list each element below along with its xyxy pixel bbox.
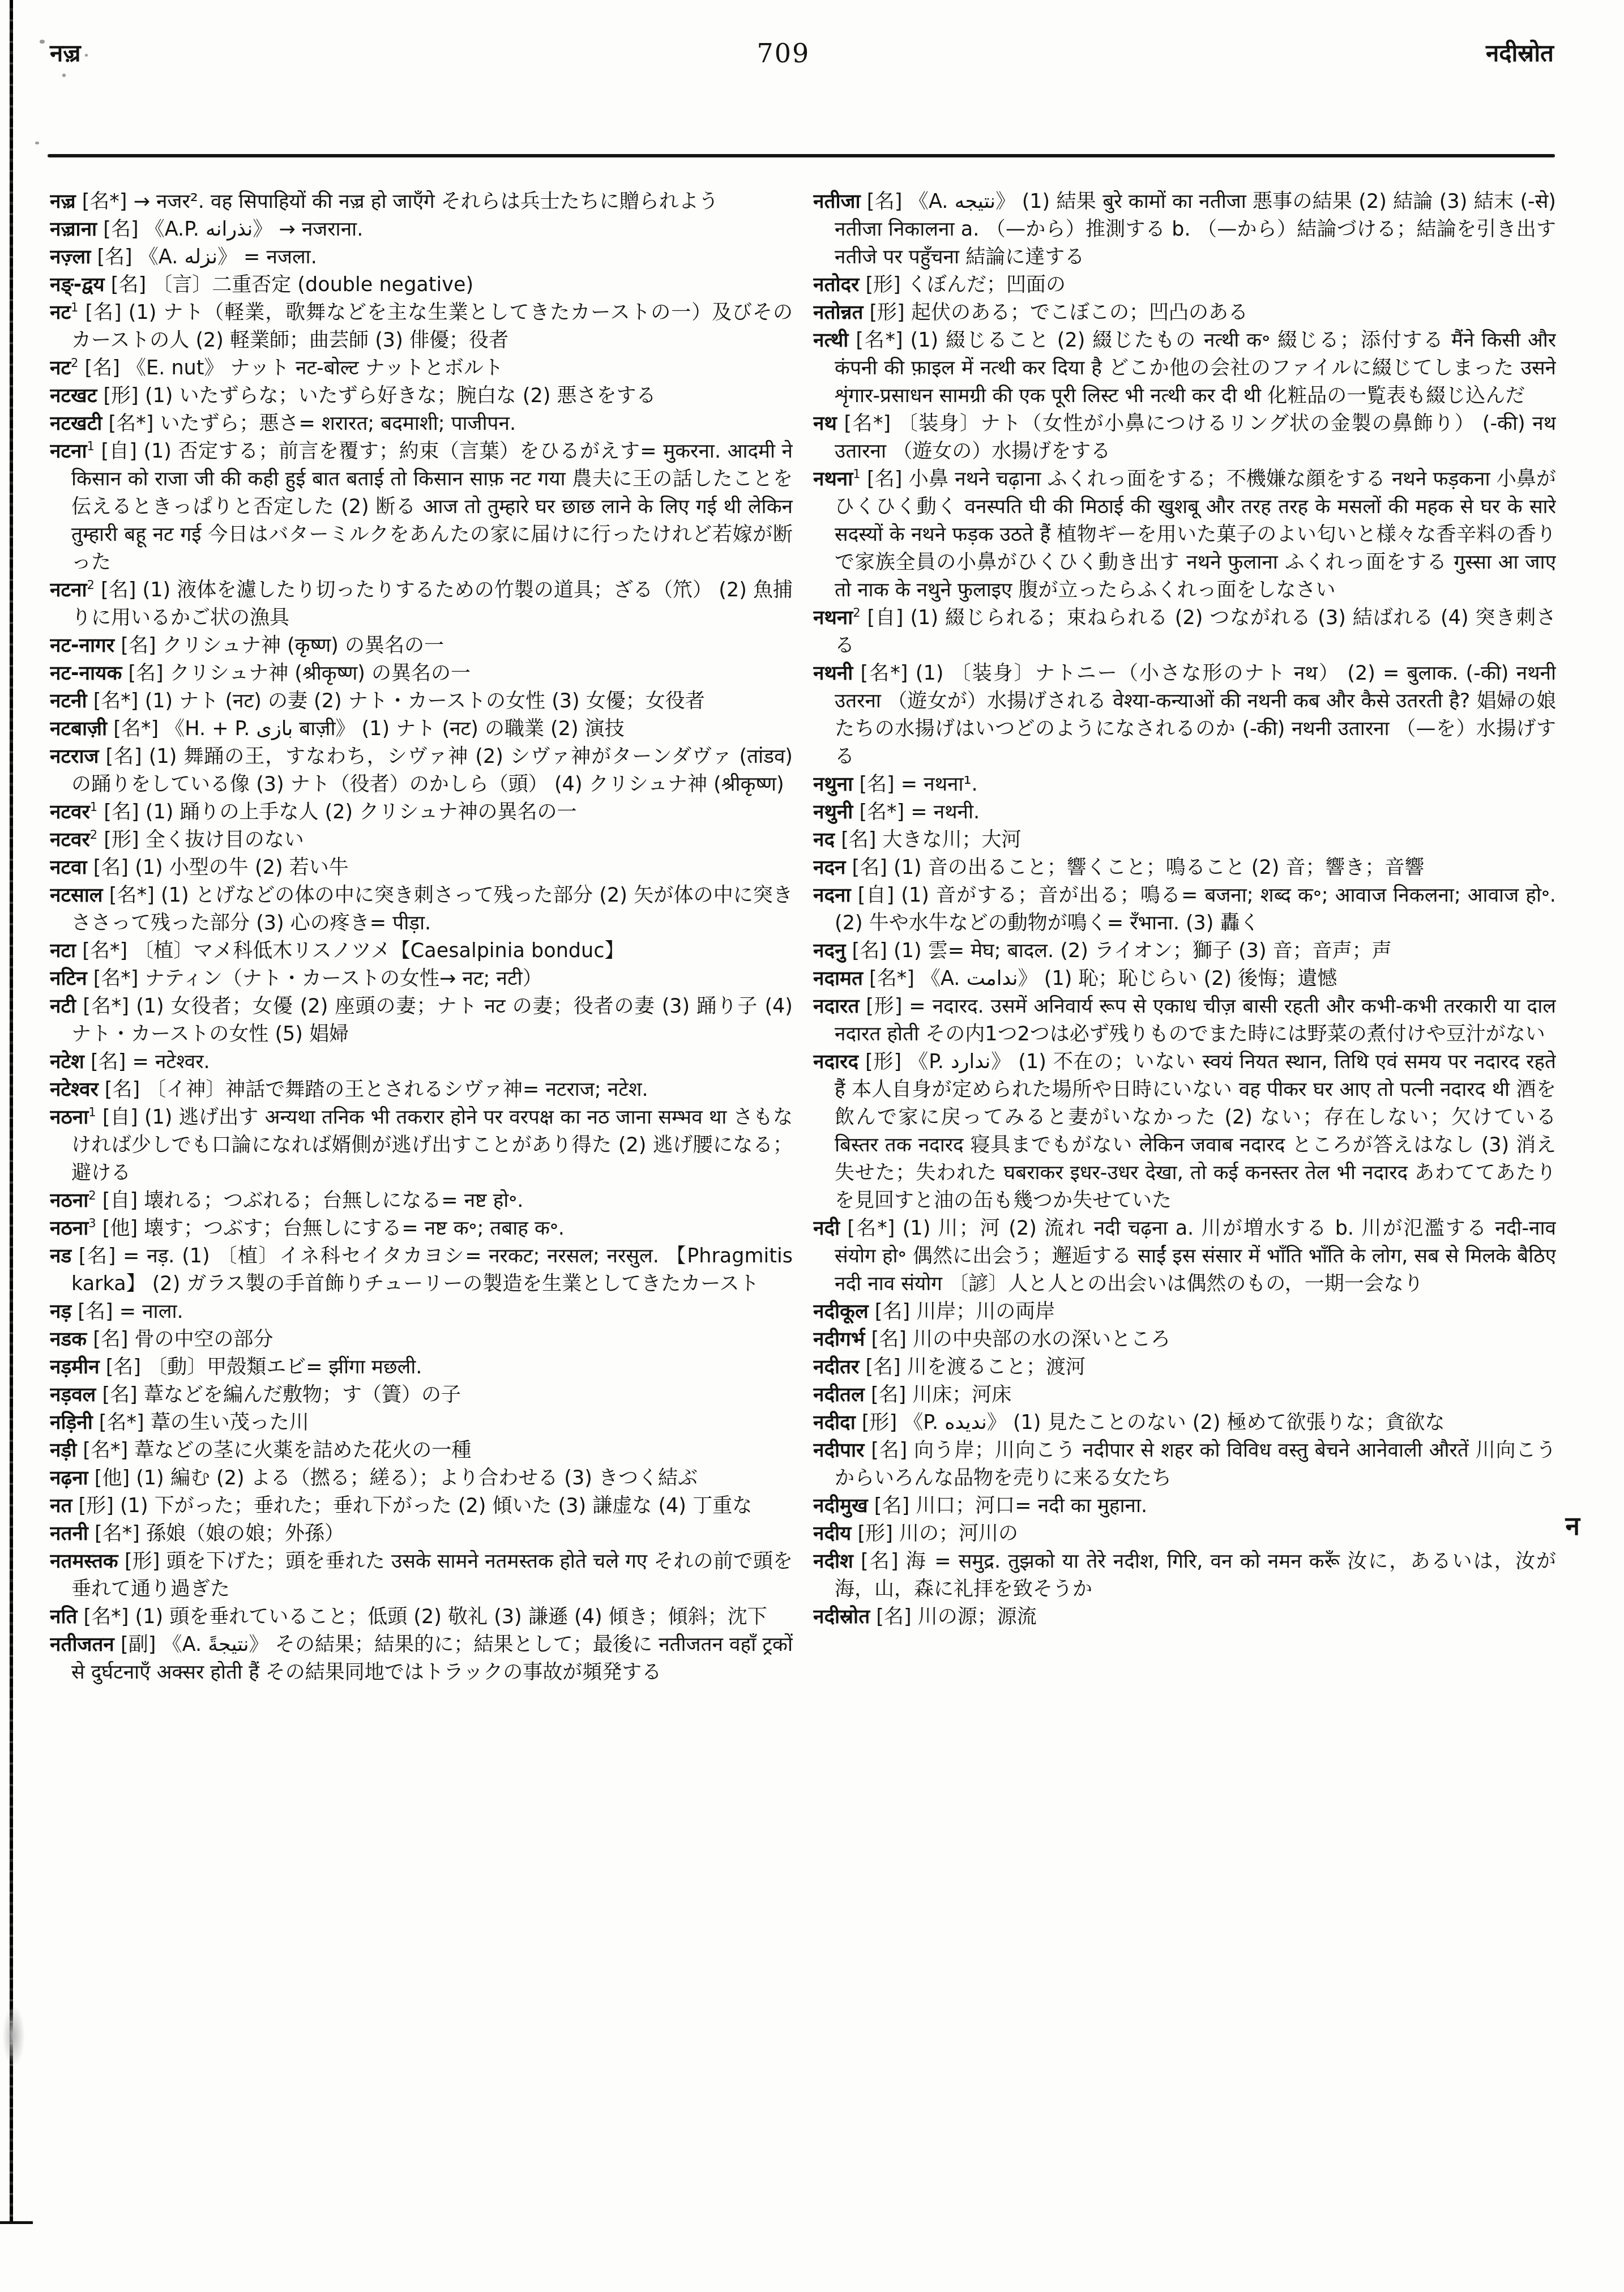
entry-definition: (1) 液体を濾したり切ったりするための竹製の道具；ざる（笊） (2) 魚捕りに…: [71, 579, 793, 629]
part-of-speech-tag: [名*]: [88, 1522, 146, 1545]
dictionary-entry: नटा [名*] 〔植〕マメ科低木リスノツメ【Caesalpinia bondu…: [50, 937, 793, 965]
entry-definition: (1) 舞踊の王，すなわち，シヴァ神 (2) シヴァ神がターンダヴァ (तांड…: [71, 745, 793, 796]
part-of-speech-tag: [名]: [845, 940, 894, 962]
dictionary-entry: नदारत [形] = नदारद. उसमें अनिवार्य रूप से…: [813, 993, 1556, 1048]
dictionary-entry: नदन [名] (1) 音の出ること；響くこと；鳴ること (2) 音；響き；音響: [813, 854, 1556, 882]
headword: नटनी: [50, 690, 87, 712]
headword: नदीकूल: [813, 1300, 869, 1323]
headword: नदीश: [813, 1550, 853, 1573]
entry-definition: クリシュナ神 (कृष्ण) の異名の一: [163, 634, 444, 657]
dictionary-entry: नत [形] (1) 下がった；垂れた；垂れ下がった (2) 傾いた (3) 謙…: [50, 1492, 793, 1520]
dictionary-entry: नटखट [形] (1) いたずらな；いたずら好きな；腕白な (2) 悪さをする: [50, 382, 793, 410]
entry-definition: 川の；河川の: [899, 1522, 1018, 1545]
part-of-speech-tag: [形]: [858, 1051, 908, 1073]
headword-homonym-number: 3: [88, 1217, 96, 1230]
dictionary-entry: नदनु [名] (1) 雲= मेघ; बादल. (2) ライオン；獅子 (…: [813, 937, 1556, 965]
entry-definition: 川の源；源流: [918, 1606, 1037, 1628]
dictionary-entry: नड़मीन [名] 〔動〕甲殻類エビ= झींगा मछली.: [50, 1354, 793, 1381]
part-of-speech-tag: [名]: [71, 1245, 123, 1267]
etymology: 《A.P. نذرانه》: [145, 218, 279, 241]
headword: नथुनी: [813, 801, 853, 823]
entry-definition: (1) ナト（軽業，歌舞などを主な生業としてきたカーストの一）及びそのカーストの…: [71, 301, 793, 352]
headword: नटवर: [50, 829, 90, 851]
part-of-speech-tag: [他]: [88, 1467, 136, 1489]
part-of-speech-tag: [自]: [95, 440, 143, 463]
headword: नड: [50, 1245, 71, 1267]
dictionary-entry: नतोदर [形] くぼんだ；凹面の: [813, 271, 1556, 299]
entry-definition: (1) 恥；恥じらい (2) 後悔；遺憾: [1044, 967, 1337, 990]
headword: नज़्राना: [50, 218, 97, 241]
entry-definition: くぼんだ；凹面の: [907, 274, 1066, 296]
etymology: 《P. نديده》: [903, 1411, 1013, 1434]
entry-definition: 〔言〕二重否定 (double negative): [152, 274, 473, 296]
entry-definition: 大きな川；大河: [883, 829, 1022, 851]
entry-definition: 葦の生い茂った川: [151, 1411, 309, 1434]
headword: नति: [50, 1606, 77, 1628]
dictionary-entry: नटेश्वर [名] 〔イ神〕神話で舞踏の王とされるシヴァ神= नटराज; …: [50, 1076, 793, 1104]
dictionary-entry: नटना2 [名] (1) 液体を濾したり切ったりするための竹製の道具；ざる（笊…: [50, 577, 793, 632]
dictionary-entry: नतमस्तक [形] 頭を下げた；頭を垂れた उसके सामने नतमस्…: [50, 1548, 793, 1603]
part-of-speech-tag: [名*]: [76, 995, 136, 1018]
headword-homonym-number: 1: [87, 439, 95, 453]
headword: नदीतर: [813, 1356, 859, 1378]
entry-definition: 川を渡ること；渡河: [907, 1356, 1085, 1378]
part-of-speech-tag: [名*]: [853, 662, 915, 685]
entry-definition: 川の中央部の水の深いところ: [913, 1328, 1170, 1351]
scan-smudge: [2, 2005, 25, 2067]
etymology: 《A. نتيجةً》: [163, 1633, 275, 1656]
headword: नटसाल: [50, 884, 103, 907]
headword: नदीस्रोत: [813, 1606, 870, 1628]
entry-definition: (1) 〔装身〕ナトニー（小さな形のナト नथ） (2) = बुलाक. (-…: [835, 662, 1556, 768]
part-of-speech-tag: [形]: [97, 385, 145, 407]
entry-definition: 骨の中空の部分: [135, 1328, 273, 1351]
part-of-speech-tag: [名]: [99, 745, 148, 768]
headword: नदीदा: [813, 1411, 856, 1434]
etymology: 《P. ندارد》: [908, 1051, 1018, 1073]
headword: नदनु: [813, 940, 845, 962]
part-of-speech-tag: [名*]: [102, 412, 160, 435]
headword: नदीपार: [813, 1439, 864, 1462]
part-of-speech-tag: [名]: [100, 1356, 148, 1378]
part-of-speech-tag: [名]: [91, 246, 139, 268]
headword: नदीय: [813, 1522, 851, 1545]
headword: नड़मीन: [50, 1356, 100, 1378]
headword-homonym-number: 2: [90, 828, 97, 842]
dictionary-entry: नठना1 [自] (1) 逃げ出す अन्यथा तनिक भी तकरार …: [50, 1104, 793, 1187]
part-of-speech-tag: [名*]: [840, 1217, 903, 1240]
headword: नटबाज़ी: [50, 718, 107, 740]
headword: नढ़ना: [50, 1467, 88, 1489]
part-of-speech-tag: [名*]: [863, 967, 921, 990]
dictionary-entry: नढ़ना [他] (1) 編む (2) よる（撚る；縒る）；より合わせる (3…: [50, 1465, 793, 1492]
entry-definition: 〔動〕甲殻類エビ= झींगा मछली.: [147, 1356, 422, 1378]
part-of-speech-tag: [名*]: [87, 690, 145, 712]
dictionary-entry: नड़ [名] = नाला.: [50, 1298, 793, 1326]
headword: नज़्ला: [50, 246, 91, 268]
entry-definition: = नाला.: [119, 1300, 183, 1323]
part-of-speech-tag: [名]: [864, 1439, 914, 1462]
part-of-speech-tag: [副]: [114, 1633, 163, 1656]
dictionary-entry: नटवा [名] (1) 小型の牛 (2) 若い牛: [50, 854, 793, 882]
headword: नदारत: [813, 995, 859, 1018]
header-rule: [48, 154, 1555, 157]
entry-definition: → नजराना.: [279, 218, 363, 241]
part-of-speech-tag: [名*]: [853, 801, 911, 823]
dictionary-entry: नज़्राना [名] 《A.P. نذرانه》 → नजराना.: [50, 216, 793, 244]
dictionary-entry: नड़िनी [名*] 葦の生い茂った川: [50, 1409, 793, 1437]
dictionary-entry: नतीजा [名] 《A. نتيجه》 (1) 結果 बुरे कामों क…: [813, 188, 1556, 271]
entry-definition: = नटेश्वर.: [132, 1051, 210, 1073]
scan-noise: [35, 142, 39, 144]
headword-homonym-number: 2: [71, 356, 78, 370]
part-of-speech-tag: [形]: [856, 1411, 904, 1434]
dictionary-entry: नठना2 [自] 壊れる；つぶれる；台無しになる= नष्ट हो॰.: [50, 1187, 793, 1215]
dictionary-entry: नज़्ला [名] 《A. نزله》 = नजला.: [50, 244, 793, 271]
dictionary-entry: नदीपार [名] 向う岸；川向こう नदीपार से शहर को विव…: [813, 1437, 1556, 1492]
headword: नड़िनी: [50, 1411, 93, 1434]
entry-definition: (1) 見たことのない (2) 極めて欲張りな；貪欲な: [1013, 1411, 1445, 1434]
dictionary-entry: नदीय [形] 川の；河川の: [813, 1520, 1556, 1548]
dictionary-entry: नदामत [名*] 《A. ندامت》 (1) 恥；恥じらい (2) 後悔；…: [813, 965, 1556, 993]
headword: नट: [50, 301, 71, 324]
headword: नतीजा: [813, 190, 860, 213]
part-of-speech-tag: [形]: [859, 995, 909, 1018]
headword: नटवा: [50, 856, 87, 879]
dictionary-entry: नट1 [名] (1) ナト（軽業，歌舞などを主な生業としてきたカーストの一）及…: [50, 299, 793, 355]
part-of-speech-tag: [名]: [869, 1300, 917, 1323]
dictionary-entry: नदीमुख [名] 川口；河口= नदी का मुहाना.: [813, 1492, 1556, 1520]
etymology: 《A. نزله》: [139, 246, 243, 268]
headword: नड़ी: [50, 1439, 76, 1462]
headword: नट: [50, 357, 71, 379]
headword: नटेश्वर: [50, 1078, 99, 1101]
entry-definition: 川岸；川の両岸: [916, 1300, 1055, 1323]
headword: नदना: [813, 884, 851, 907]
dictionary-entry: नटनी [名*] (1) ナト (नट) の妻 (2) ナト・カーストの女性 …: [50, 688, 793, 715]
entry-definition: (1) 編む (2) よる（撚る；縒る）；より合わせる (3) きつく結ぶ: [136, 1467, 698, 1489]
entry-definition: (1) 踊りの上手な人 (2) クリシュナ神の異名の一: [146, 801, 577, 823]
entry-definition: 〔植〕マメ科低木リスノツメ【Caesalpinia bonduc】: [134, 940, 624, 962]
dictionary-entry: नदना [自] (1) 音がする；音が出る；鳴る= बजना; शब्द क॰…: [813, 882, 1556, 937]
dictionary-entry: नतीजतन [副] 《A. نتيجةً》 その結果；結果的に；結果として；最…: [50, 1631, 793, 1687]
headword: नतीजतन: [50, 1633, 114, 1656]
part-of-speech-tag: [名]: [861, 468, 909, 490]
dictionary-entry: नथना2 [自] (1) 綴じられる；束ねられる (2) つながれる (3) …: [813, 604, 1556, 660]
dictionary-entry: नट2 [名] 《E. nut》 ナット नट-बोल्ट ナットとボルト: [50, 355, 793, 382]
headword: नटी: [50, 995, 76, 1018]
part-of-speech-tag: [名*]: [848, 329, 910, 352]
left-column: नज़्र [名*] → नजर². वह सिपाहियों की नज़्र…: [50, 188, 793, 2204]
part-of-speech-tag: [名]: [860, 190, 908, 213]
entry-definition: 壊れる；つぶれる；台無しになる= नष्ट हो॰.: [144, 1189, 523, 1212]
part-of-speech-tag: [自]: [851, 884, 901, 907]
part-of-speech-tag: [名]: [97, 218, 145, 241]
part-of-speech-tag: [名*]: [76, 1439, 134, 1462]
part-of-speech-tag: [名]: [99, 1078, 147, 1101]
entry-definition: 起伏のある；でこぼこの；凹凸のある: [911, 301, 1248, 324]
entry-definition: 孫娘（娘の娘；外孫）: [146, 1522, 344, 1545]
headword: नतोन्नत: [813, 301, 863, 324]
entry-definition: 全く抜け目のない: [146, 829, 304, 851]
entry-definition: → नजर². वह सिपाहियों की नज़्र हो जाएँगे …: [134, 190, 719, 213]
part-of-speech-tag: [自]: [96, 1106, 144, 1129]
part-of-speech-tag: [名]: [122, 662, 170, 685]
dictionary-entry: नतोन्नत [形] 起伏のある；でこぼこの；凹凸のある: [813, 299, 1556, 327]
thumb-index-letter: न: [1565, 1508, 1580, 1543]
part-of-speech-tag: [形]: [859, 274, 907, 296]
part-of-speech-tag: [名]: [97, 801, 146, 823]
headword: नट-नायक: [50, 662, 122, 685]
part-of-speech-tag: [形]: [851, 1522, 899, 1545]
headword: नटराज: [50, 745, 99, 768]
part-of-speech-tag: [自]: [861, 607, 911, 629]
headword-homonym-number: 1: [90, 800, 97, 814]
entry-definition: (1) 綴じること (2) 綴じたもの नत्थी क॰ 綴じる；添付する मै…: [835, 329, 1556, 407]
part-of-speech-tag: [名*]: [76, 940, 134, 962]
entry-definition: (1) 音がする；音が出る；鳴る= बजना; शब्द क॰; आवाज नि…: [835, 884, 1556, 934]
headword: नठना: [50, 1217, 88, 1240]
headword-homonym-number: 2: [88, 1189, 96, 1202]
headword: नथुना: [813, 773, 853, 796]
dictionary-entry: नटी [名*] (1) 女役者；女優 (2) 座頭の妻；ナト नट の妻；役者…: [50, 993, 793, 1048]
headword: नथ: [813, 412, 837, 435]
headword: नङ्-द्वय: [50, 274, 105, 296]
headword: नदीगर्भ: [813, 1328, 865, 1351]
headword: नदारद: [813, 1051, 858, 1073]
dictionary-entry: नटिन [名*] ナティン（ナト・カーストの女性→ नट; नटी）: [50, 965, 793, 993]
dictionary-entry: नट-नायक [名] クリシュナ神 (श्रीकृष्ण) の異名の一: [50, 660, 793, 688]
headword: नठना: [50, 1189, 88, 1212]
part-of-speech-tag: [名]: [853, 773, 901, 796]
part-of-speech-tag: [名]: [859, 1356, 907, 1378]
entry-definition: 向う岸；川向こう नदीपार से शहर को विविध वस्तु बे…: [835, 1439, 1556, 1489]
headword: नत: [50, 1495, 72, 1517]
headword: नदामत: [813, 967, 863, 990]
entry-definition: (1) 川；河 (2) 流れ नदी चढ़ना a. 川が増水する b. 川が…: [835, 1217, 1556, 1295]
entry-definition: いたずら；悪さ= शरारत; बदमाशी; पाजीपन.: [160, 412, 516, 435]
entry-definition: (1) ナト (नट) の職業 (2) 演技: [362, 718, 625, 740]
dictionary-entry: नथुना [名] = नथना¹.: [813, 771, 1556, 799]
part-of-speech-tag: [名]: [835, 829, 883, 851]
entry-definition: (1) 不在の；いない स्वयं नियत स्थान, तिथि एवं स…: [835, 1051, 1556, 1212]
dictionary-entry: नटना1 [自] (1) 否定する；前言を覆す；約束（言葉）をひるがえす= म…: [50, 438, 793, 577]
entry-definition: (1) ナト (नट) の妻 (2) ナト・カーストの女性 (3) 女優；女役者: [145, 690, 705, 712]
part-of-speech-tag: [名*]: [76, 190, 134, 213]
entry-definition: (1) 下がった；垂れた；垂れ下がった (2) 傾いた (3) 謙虚な (4) …: [120, 1495, 752, 1517]
dictionary-entry: नथनी [名*] (1) 〔装身〕ナトニー（小さな形のナト नथ） (2) =…: [813, 660, 1556, 771]
entry-definition: = नड़. (1) 〔植〕イネ科セイタカヨシ= नरकट; नरसल; नरस…: [71, 1245, 793, 1295]
dictionary-entry: नड [名] = नड़. (1) 〔植〕イネ科セイタカヨシ= नरकट; नर…: [50, 1243, 793, 1298]
entry-definition: 頭を下げた；頭を垂れた उसके सामने नतमस्तक होते चले …: [71, 1550, 793, 1600]
part-of-speech-tag: [他]: [96, 1217, 144, 1240]
dictionary-entry: नदीतर [名] 川を渡ること；渡河: [813, 1354, 1556, 1381]
page-number: 709: [757, 37, 810, 69]
part-of-speech-tag: [名*]: [77, 1606, 135, 1628]
entry-definition: 海 = समुद्र. तुझको या तेरे नदीश, गिरि, वन…: [835, 1550, 1556, 1600]
entry-definition: 〔イ神〕神話で舞踏の王とされるシヴァ神= नटराज; नटेश.: [146, 1078, 648, 1101]
part-of-speech-tag: [形]: [97, 829, 146, 851]
entry-definition: 川床；河床: [912, 1384, 1011, 1406]
entry-definition: ナティン（ナト・カーストの女性→ नट; नटी）: [145, 967, 542, 990]
dictionary-entry: नज़्र [名*] → नजर². वह सिपाहियों की नज़्र…: [50, 188, 793, 216]
dictionary-entry: नटवर1 [名] (1) 踊りの上手な人 (2) クリシュナ神の異名の一: [50, 799, 793, 826]
part-of-speech-tag: [名]: [105, 274, 153, 296]
headword: नद: [813, 829, 835, 851]
part-of-speech-tag: [形]: [118, 1550, 166, 1573]
headword: नटा: [50, 940, 76, 962]
entry-definition: 葦などを編んだ敷物；す（簀）の子: [144, 1384, 461, 1406]
entry-definition: (1) 雲= मेघ; बादल. (2) ライオン；獅子 (3) 音；音声；声: [894, 940, 1392, 962]
dictionary-entry: नदीगर्भ [名] 川の中央部の水の深いところ: [813, 1326, 1556, 1354]
dictionary-entry: नड़ी [名*] 葦などの茎に火薬を詰めた花火の一種: [50, 1437, 793, 1465]
dictionary-entry: नति [名*] (1) 頭を垂れていること；低頭 (2) 敬礼 (3) 謙遜 …: [50, 1603, 793, 1631]
entry-definition: (1) とげなどの体の中に突き刺さって残った部分 (2) 矢が体の中に突きささっ…: [71, 884, 793, 934]
header-right-guideword: नदीस्रोत: [1486, 37, 1554, 69]
headword: नदी: [813, 1217, 840, 1240]
headword: नदीतल: [813, 1384, 865, 1406]
dictionary-body: नज़्र [名*] → नजर². वह सिपाहियों की नज़्र…: [50, 188, 1556, 2204]
entry-definition: 壊す；つぶす；台無しにする= नष्ट क॰; तबाह क॰.: [144, 1217, 565, 1240]
entry-definition: (1) 音の出ること；響くこと；鳴ること (2) 音；響き；音響: [894, 856, 1425, 879]
entry-definition: (1) 逃げ出す अन्यथा तनिक भी तकरार होने पर वर…: [71, 1106, 793, 1184]
part-of-speech-tag: [名]: [87, 856, 135, 879]
entry-definition: (1) 否定する；前言を覆す；約束（言葉）をひるがえす= मुकरना. आदम…: [71, 440, 793, 574]
dictionary-entry: नदीस्रोत [名] 川の源；源流: [813, 1603, 1556, 1631]
headword: नटेश: [50, 1051, 84, 1073]
dictionary-entry: नङ्-द्वय [名] 〔言〕二重否定 (double negative): [50, 271, 793, 299]
headword: नदीमुख: [813, 1495, 868, 1517]
part-of-speech-tag: [名]: [95, 579, 143, 601]
dictionary-entry: नतनी [名*] 孫娘（娘の娘；外孫）: [50, 1520, 793, 1548]
headword-homonym-number: 2: [853, 606, 860, 620]
headword: नथना: [813, 607, 853, 629]
dictionary-entry: नथ [名*] 〔装身〕ナト（女性が小鼻につけるリング状の金製の鼻飾り） (-क…: [813, 410, 1556, 466]
part-of-speech-tag: [名]: [84, 1051, 133, 1073]
part-of-speech-tag: [名]: [865, 1384, 913, 1406]
part-of-speech-tag: [名]: [78, 357, 126, 379]
headword: नटना: [50, 440, 87, 463]
headword: नत्थी: [813, 329, 848, 352]
dictionary-entry: नटसाल [名*] (1) とげなどの体の中に突き刺さって残った部分 (2) …: [50, 882, 793, 937]
headword: नज़्र: [50, 190, 76, 213]
dictionary-entry: नदीश [名] 海 = समुद्र. तुझको या तेरे नदीश,…: [813, 1548, 1556, 1603]
entry-definition: (1) 綴じられる；束ねられる (2) つながれる (3) 結ばれる (4) 突…: [835, 607, 1556, 657]
entry-definition: 葦などの茎に火薬を詰めた花火の一種: [134, 1439, 471, 1462]
part-of-speech-tag: [名]: [96, 1384, 144, 1406]
headword: नतनी: [50, 1522, 88, 1545]
dictionary-entry: नदीकूल [名] 川岸；川の両岸: [813, 1298, 1556, 1326]
part-of-speech-tag: [名]: [868, 1495, 916, 1517]
headword: नटिन: [50, 967, 87, 990]
scan-noise: [62, 74, 66, 77]
part-of-speech-tag: [形]: [72, 1495, 120, 1517]
etymology: 《E. nut》: [126, 357, 230, 379]
scan-noise: [40, 40, 45, 44]
right-column: नतीजा [名] 《A. نتيجه》 (1) 結果 बुरे कामों क…: [813, 188, 1556, 2204]
part-of-speech-tag: [名]: [114, 634, 163, 657]
headword: नटवर: [50, 801, 90, 823]
headword: नटखट: [50, 385, 97, 407]
dictionary-entry: नदी [名*] (1) 川；河 (2) 流れ नदी चढ़ना a. 川が増…: [813, 1215, 1556, 1298]
entry-definition: = नदारद. उसमें अनिवार्य रूप से एकाध चीज़…: [835, 995, 1556, 1045]
dictionary-entry: नद [名] 大きな川；大河: [813, 826, 1556, 854]
part-of-speech-tag: [名]: [845, 856, 894, 879]
dictionary-entry: नड़वल [名] 葦などを編んだ敷物；す（簀）の子: [50, 1381, 793, 1409]
dictionary-entry: नटखटी [名*] いたずら；悪さ= शरारत; बदमाशी; पाजीप…: [50, 410, 793, 438]
headword: नठना: [50, 1106, 88, 1129]
dictionary-entry: नदारद [形] 《P. ندارد》 (1) 不在の；いない स्वयं न…: [813, 1048, 1556, 1215]
dictionary-entry: नटेश [名] = नटेश्वर.: [50, 1048, 793, 1076]
dictionary-entry: नदीतल [名] 川床；河床: [813, 1381, 1556, 1409]
dictionary-entry: नथना1 [名] 小鼻 नथने चढ़ाना ふくれっ面をする；不機嫌な顔を…: [813, 466, 1556, 604]
headword: नडक: [50, 1328, 87, 1351]
entry-definition: (1) 頭を垂れていること；低頭 (2) 敬礼 (3) 謙遜 (4) 傾き；傾斜…: [135, 1606, 767, 1628]
headword-homonym-number: 1: [71, 301, 78, 314]
headword-homonym-number: 2: [87, 578, 95, 592]
part-of-speech-tag: [名]: [870, 1606, 918, 1628]
running-header: नज़्र 709 नदीस्रोत: [50, 37, 1554, 71]
part-of-speech-tag: [名*]: [103, 884, 161, 907]
part-of-speech-tag: [名*]: [87, 967, 145, 990]
dictionary-entry: नटबाज़ी [名*] 《H. + P. بازی बाज़ी》 (1) ナト…: [50, 715, 793, 743]
headword-homonym-number: 1: [88, 1106, 96, 1119]
part-of-speech-tag: [名]: [853, 1550, 906, 1573]
dictionary-entry: नथुनी [名*] = नथनी.: [813, 799, 1556, 826]
part-of-speech-tag: [名*]: [107, 718, 165, 740]
scan-edge-foot: [0, 2221, 33, 2224]
headword-homonym-number: 1: [853, 467, 860, 481]
etymology: 《A. نتيجه》: [909, 190, 1022, 213]
header-left-guideword: नज़्र: [50, 37, 81, 69]
part-of-speech-tag: [名]: [78, 301, 128, 324]
entry-definition: = नथना¹.: [901, 773, 978, 796]
dictionary-entry: नटवर2 [形] 全く抜け目のない: [50, 826, 793, 854]
headword: नटखटी: [50, 412, 102, 435]
dictionary-entry: नट-नागर [名] クリシュナ神 (कृष्ण) の異名の一: [50, 632, 793, 660]
entry-definition: 〔装身〕ナト（女性が小鼻につけるリング状の金製の鼻飾り） (-की) नथ उत…: [835, 412, 1556, 463]
part-of-speech-tag: [名*]: [93, 1411, 151, 1434]
headword: नड़: [50, 1300, 71, 1323]
etymology: 《A. ندامت》: [921, 967, 1044, 990]
entry-definition: (1) いたずらな；いたずら好きな；腕白な (2) 悪さをする: [145, 385, 656, 407]
entry-definition: クリシュナ神 (श्रीकृष्ण) の異名の一: [170, 662, 471, 685]
headword: नतमस्तक: [50, 1550, 118, 1573]
part-of-speech-tag: [名*]: [837, 412, 898, 435]
entry-definition: (1) 小型の牛 (2) 若い牛: [135, 856, 349, 879]
part-of-speech-tag: [名]: [865, 1328, 913, 1351]
entry-definition: ナット नट-बोल्ट ナットとボルト: [230, 357, 504, 379]
dictionary-entry: नदीदा [形] 《P. نديده》 (1) 見たことのない (2) 極めて…: [813, 1409, 1556, 1437]
headword: नथनी: [813, 662, 853, 685]
headword: नदन: [813, 856, 845, 879]
part-of-speech-tag: [自]: [96, 1189, 144, 1212]
headword: नटना: [50, 579, 87, 601]
part-of-speech-tag: [名]: [71, 1300, 119, 1323]
entry-definition: = नथनी.: [911, 801, 980, 823]
entry-definition: (1) 女役者；女優 (2) 座頭の妻；ナト नट の妻；役者の妻 (3) 踊り…: [71, 995, 793, 1045]
headword: नट-नागर: [50, 634, 114, 657]
entry-definition: 小鼻 नथने चढ़ाना ふくれっ面をする；不機嫌な顔をする नथने फड…: [835, 468, 1556, 601]
etymology: 《H. + P. بازی बाज़ी》: [165, 718, 361, 740]
dictionary-entry: नडक [名] 骨の中空の部分: [50, 1326, 793, 1354]
headword: नड़वल: [50, 1384, 96, 1406]
entry-definition: = नजला.: [243, 246, 317, 268]
dictionary-entry: नत्थी [名*] (1) 綴じること (2) 綴じたもの नत्थी क॰ …: [813, 327, 1556, 410]
part-of-speech-tag: [名]: [87, 1328, 135, 1351]
part-of-speech-tag: [形]: [863, 301, 911, 324]
scan-edge-line: [10, 0, 13, 2223]
